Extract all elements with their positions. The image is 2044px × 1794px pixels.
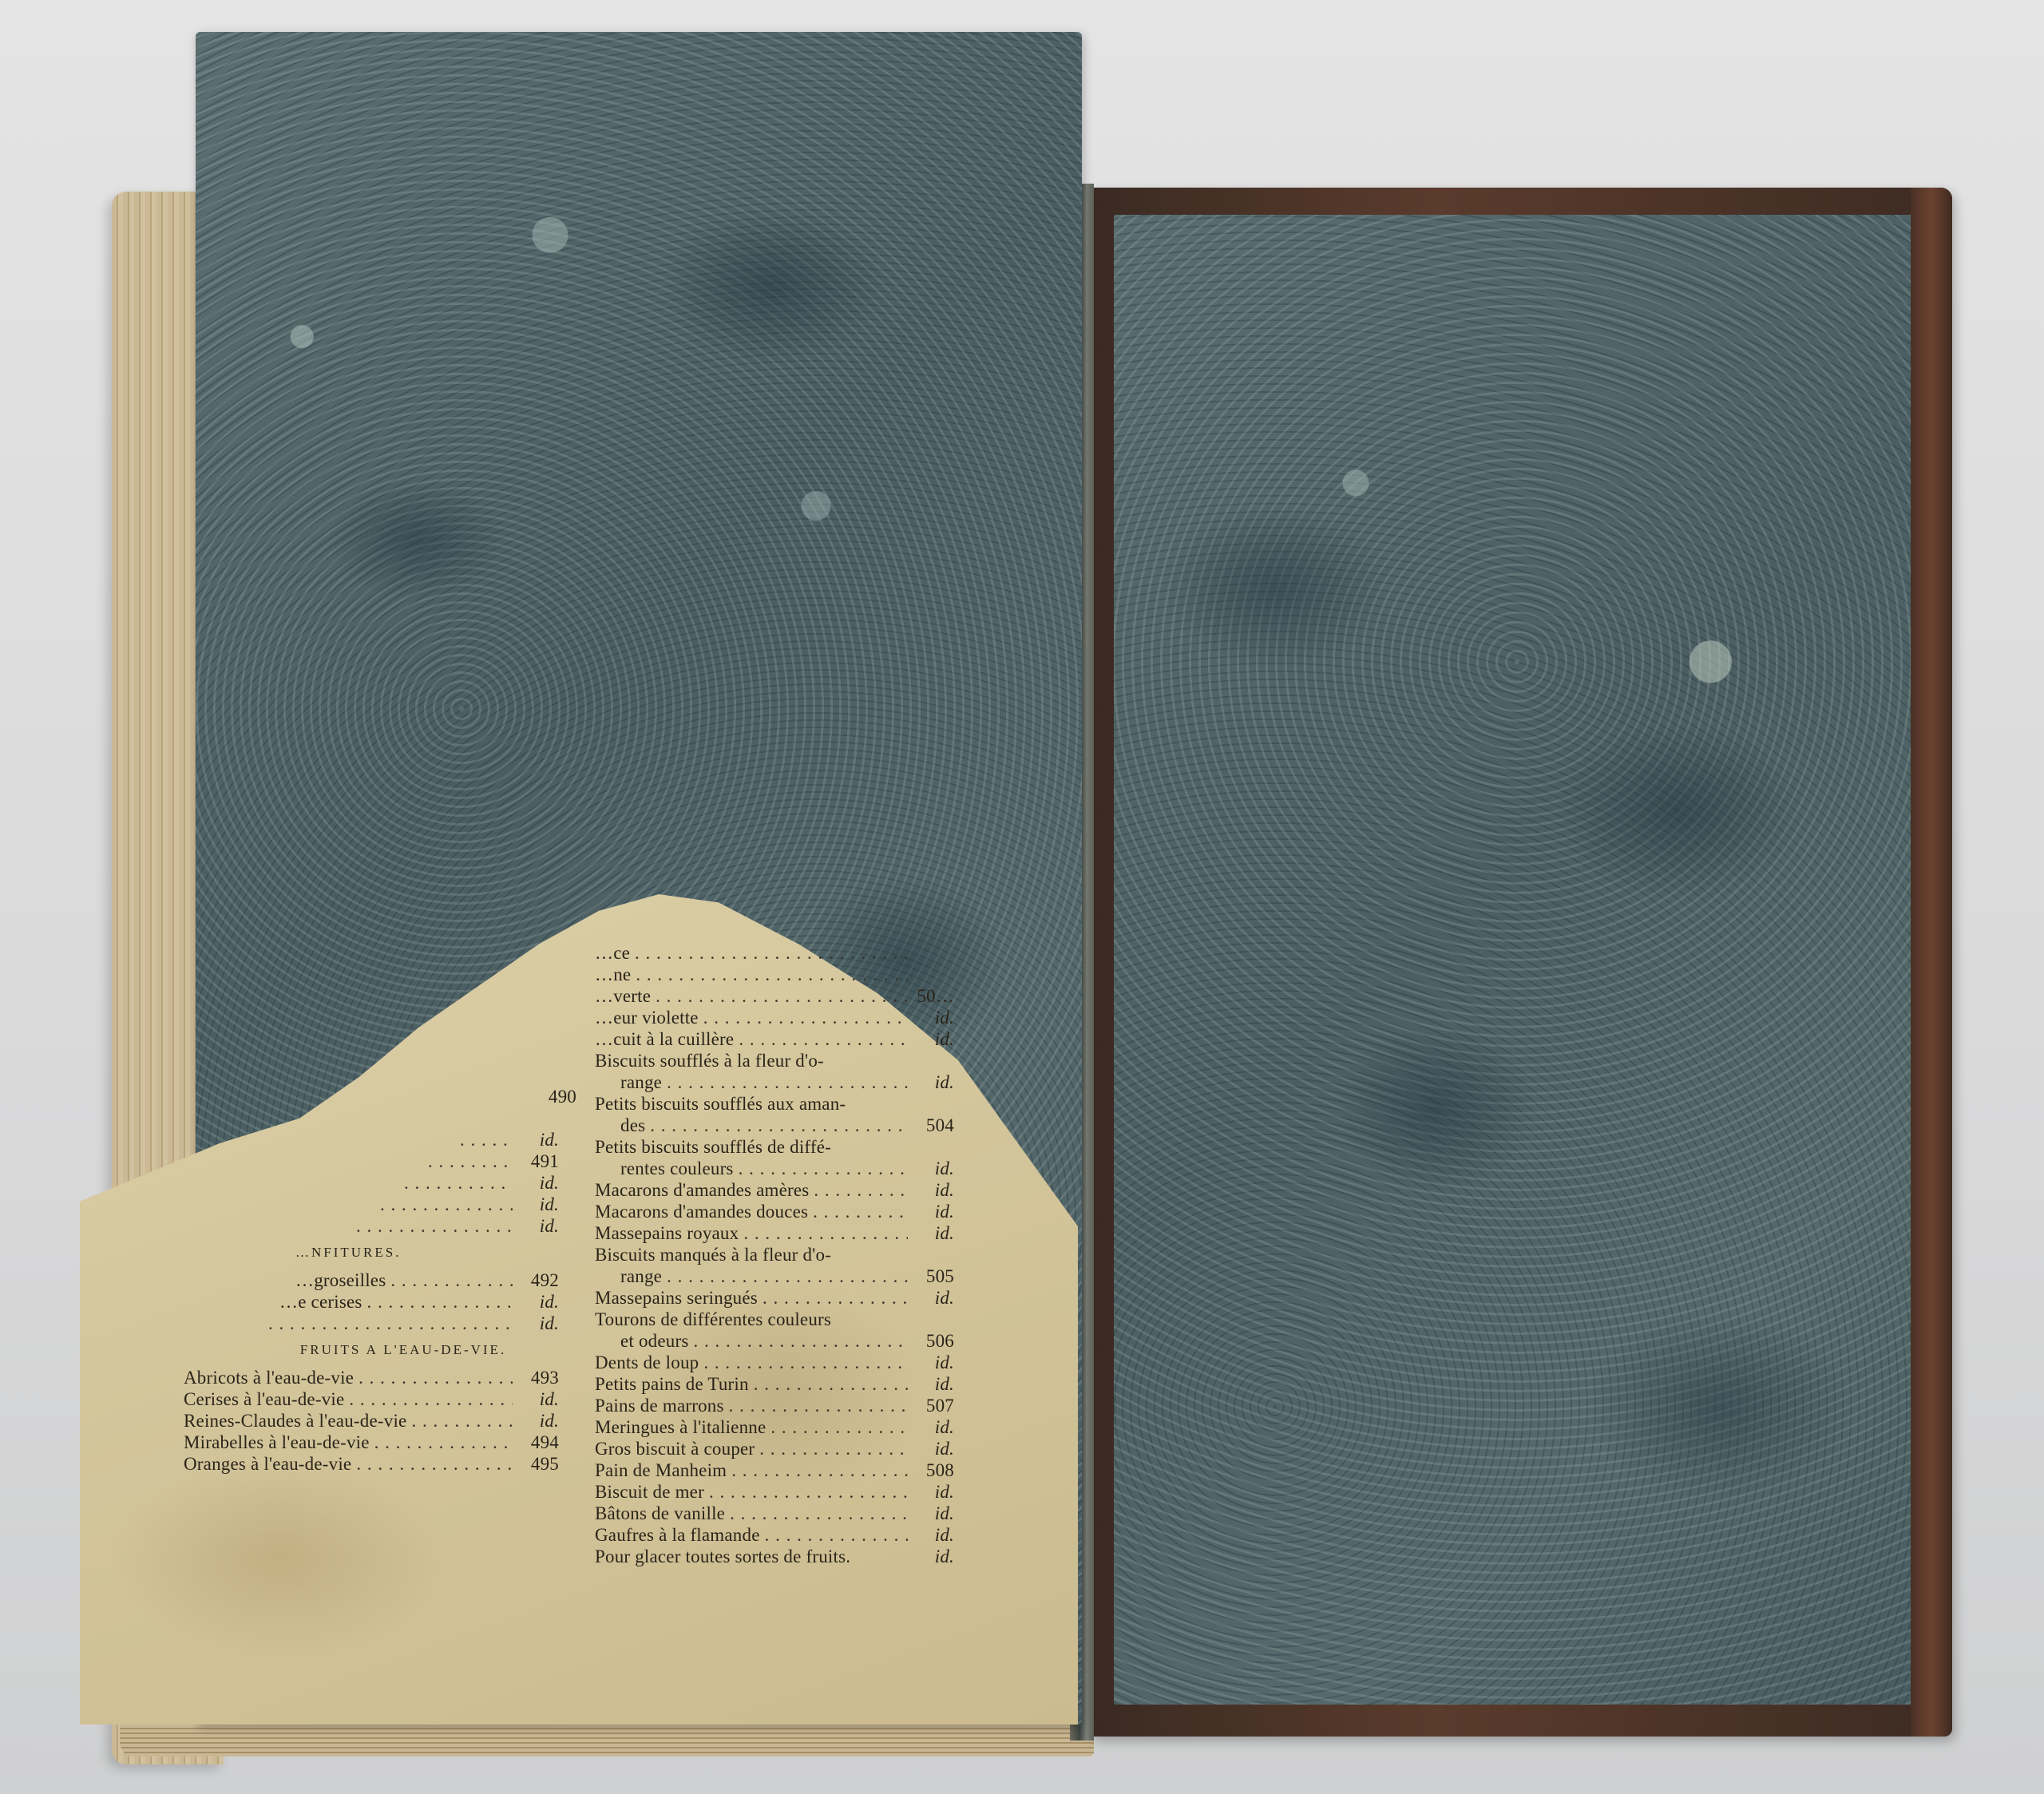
toc-entry: …ce <box>595 942 954 964</box>
toc-entry: Petits biscuits soufflés de diffé- <box>595 1136 954 1158</box>
toc-entry: Bâtons de vanilleid. <box>595 1503 954 1524</box>
toc-entry: Pains de marrons507 <box>595 1395 954 1416</box>
toc-entry: Oranges à l'eau-de-vie495 <box>184 1453 559 1475</box>
toc-entry: 491 <box>184 1150 559 1172</box>
toc-entry: Cerises à l'eau-de-vieid. <box>184 1388 559 1410</box>
toc-entry: Biscuits manqués à la fleur d'o- <box>595 1244 954 1265</box>
back-cover-board <box>1090 188 1952 1737</box>
right-marbled-pastedown <box>1114 215 1920 1705</box>
toc-entry: id. <box>184 1194 559 1215</box>
leather-turn-in <box>1911 188 1952 1737</box>
text-block-bottom-edge <box>120 1725 1094 1756</box>
toc-entry: Reines-Claudes à l'eau-de-vieid. <box>184 1410 559 1432</box>
section-heading-confitures: …NFITURES. <box>184 1237 559 1269</box>
toc-entry: …eur violetteid. <box>595 1007 954 1028</box>
toc-entry: Gros biscuit à couperid. <box>595 1438 954 1459</box>
toc-entry: Pour glacer toutes sortes de fruits.id. <box>595 1546 954 1567</box>
toc-left-column: 490 id. 491 id. id. id. …NFITURES. …gros… <box>184 1086 559 1475</box>
toc-entry: Dents de loupid. <box>595 1352 954 1373</box>
toc-entry: Gaufres à la flamandeid. <box>595 1524 954 1546</box>
section-heading-fruits: FRUITS A L'EAU-DE-VIE. <box>184 1334 559 1367</box>
toc-entry: rangeid. <box>595 1071 954 1093</box>
toc-entry: Abricots à l'eau-de-vie493 <box>184 1367 559 1388</box>
toc-entry: Macarons d'amandes doucesid. <box>595 1201 954 1222</box>
toc-entry: Petits biscuits soufflés aux aman- <box>595 1093 954 1115</box>
toc-entry: des504 <box>595 1115 954 1136</box>
toc-entry: et odeurs506 <box>595 1330 954 1352</box>
toc-entry: …groseilles492 <box>184 1269 559 1291</box>
toc-entry: …e cerisesid. <box>184 1291 559 1313</box>
toc-entry: …cuit à la cuillèreid. <box>595 1028 954 1050</box>
toc-entry: …verte50… <box>595 985 954 1007</box>
toc-entry: id. <box>184 1172 559 1194</box>
toc-entry: Massepains seringuésid. <box>595 1287 954 1309</box>
toc-entry: id. <box>184 1215 559 1237</box>
toc-entry: Biscuits soufflés à la fleur d'o- <box>595 1050 954 1071</box>
toc-entry: Biscuit de merid. <box>595 1481 954 1503</box>
toc-entry: range505 <box>595 1265 954 1287</box>
toc-entry: rentes couleursid. <box>595 1158 954 1179</box>
marble-pattern <box>1114 215 1920 1705</box>
toc-entry: 490 <box>184 1086 559 1107</box>
toc-entry: Meringues à l'italienneid. <box>595 1416 954 1438</box>
toc-entry: Pain de Manheim508 <box>595 1459 954 1481</box>
toc-entry: Mirabelles à l'eau-de-vie494 <box>184 1432 559 1453</box>
toc-entry: id. <box>184 1129 559 1150</box>
toc-entry: Petits pains de Turinid. <box>595 1373 954 1395</box>
toc-entry: id. <box>184 1313 559 1334</box>
toc-entry: Tourons de différentes couleurs <box>595 1309 954 1330</box>
toc-right-column: …ce …ne …verte50… …eur violetteid. …cuit… <box>595 942 954 1567</box>
toc-entry: Macarons d'amandes amèresid. <box>595 1179 954 1201</box>
toc-entry: …ne <box>595 964 954 985</box>
toc-entry: Massepains royauxid. <box>595 1222 954 1244</box>
